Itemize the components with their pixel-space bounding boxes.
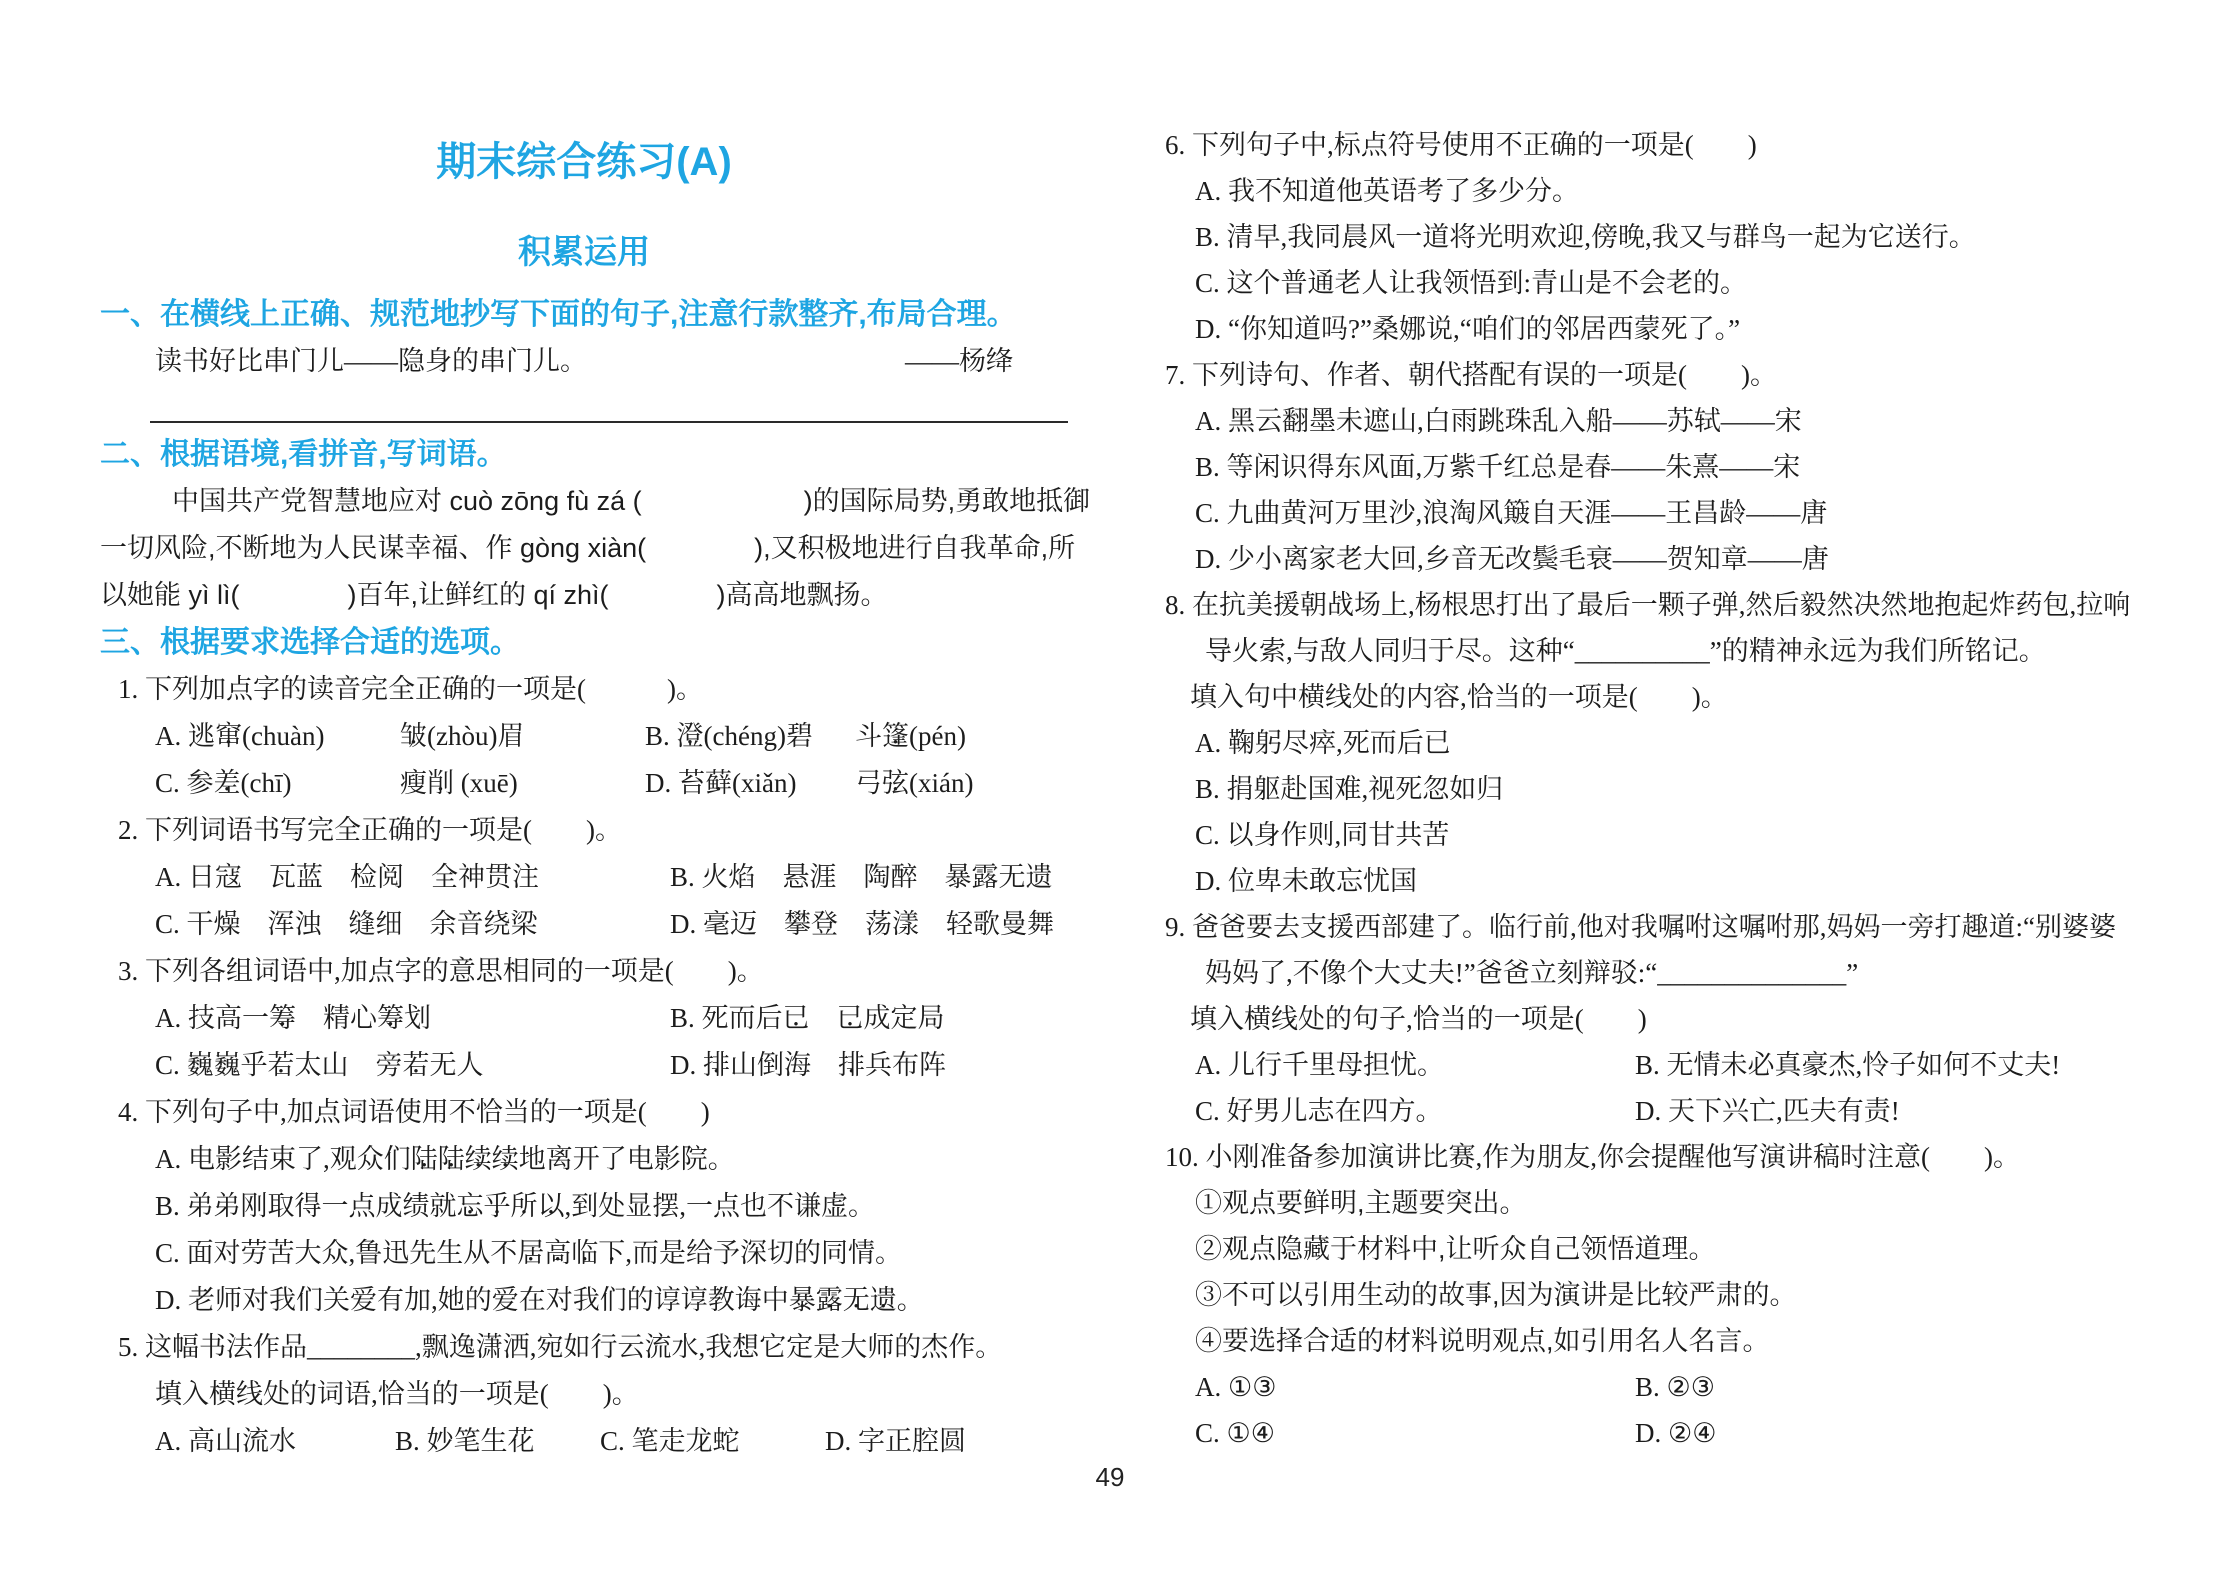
question-6-stem: 6. 下列句子中,标点符号使用不正确的一项是( ) [1160,122,2160,168]
option-b: B. 妙笔生花 [395,1418,600,1465]
option-d: D. 排山倒海 排兵布阵 [670,1042,946,1089]
option-c2: 瘦削 (xuē) [400,760,645,807]
question-7-option-a: A. 黑云翻墨未遮山,白雨跳珠乱入船——苏轼——宋 [1160,398,2160,444]
section-3-heading: 三、根据要求选择合适的选项。 [100,619,1068,666]
question-10-stem: 10. 小刚准备参加演讲比赛,作为朋友,你会提醒他写演讲稿时注意( )。 [1160,1134,2160,1180]
option-d: D. ②④ [1635,1410,1716,1456]
option-c: C. 巍巍乎若太山 旁若无人 [155,1042,670,1089]
option-b2: 斗篷(pén) [855,713,966,760]
question-8-option-b: B. 捐躯赴国难,视死忽如归 [1160,766,2160,812]
pinyin-paragraph-line-1: 中国共产党智慧地应对 cuò zōng fù zá ( )的国际局势,勇敢地抵御 [100,478,1068,525]
pinyin-paragraph-line-3: 以她能 yì lì( )百年,让鲜红的 qí zhì( )高高地飘扬。 [100,572,1068,619]
question-7-option-c: C. 九曲黄河万里沙,浪淘风簸自天涯——王昌龄——唐 [1160,490,2160,536]
question-8-prompt: 填入句中横线处的内容,恰当的一项是( )。 [1160,674,2160,720]
question-1-options-row-1: A. 逃窜(chuàn) 皱(zhòu)眉 B. 澄(chéng)碧 斗篷(pé… [100,713,1068,760]
page-title: 期末综合练习(A) [100,130,1068,194]
question-5-options-row: A. 高山流水 B. 妙笔生花 C. 笔走龙蛇 D. 字正腔圆 [100,1418,1068,1465]
question-10-options-row-1: A. ①③ B. ②③ [1160,1364,2160,1410]
question-10-options-row-2: C. ①④ D. ②④ [1160,1410,2160,1456]
question-8-option-d: D. 位卑未敢忘忧国 [1160,858,2160,904]
option-b: B. 火焰 悬涯 陶醉 暴露无遗 [670,854,1053,901]
question-5-stem: 5. 这幅书法作品________,飘逸潇洒,宛如行云流水,我想它定是大师的杰作… [100,1324,1068,1371]
quote-text: 读书好比串门儿——隐身的串门儿。 [155,338,905,385]
option-a: A. 儿行千里母担忧。 [1195,1042,1635,1088]
option-c: C. 参差(chī) [155,760,400,807]
option-c: C. ①④ [1195,1410,1635,1456]
question-1-options-row-2: C. 参差(chī) 瘦削 (xuē) D. 苔藓(xiǎn) 弓弦(xián) [100,760,1068,807]
question-6-option-b: B. 清早,我同晨风一道将光明欢迎,傍晚,我又与群鸟一起为它送行。 [1160,214,2160,260]
option-b: B. ②③ [1635,1364,1715,1410]
question-10-item-2: ②观点隐藏于材料中,让听众自己领悟道理。 [1160,1226,2160,1272]
option-a2: 皱(zhòu)眉 [400,713,645,760]
option-c: C. 笔走龙蛇 [600,1418,825,1465]
option-a: A. 日寇 瓦蓝 检阅 全神贯注 [155,854,670,901]
option-a: A. 高山流水 [155,1418,395,1465]
question-2-stem: 2. 下列词语书写完全正确的一项是( )。 [100,807,1068,854]
option-d: D. 天下兴亡,匹夫有责! [1635,1088,1900,1134]
question-4-stem: 4. 下列句子中,加点词语使用不恰当的一项是( ) [100,1089,1068,1136]
question-2-options-row-1: A. 日寇 瓦蓝 检阅 全神贯注 B. 火焰 悬涯 陶醉 暴露无遗 [100,854,1068,901]
question-6-option-d: D. “你知道吗?”桑娜说,“咱们的邻居西蒙死了。” [1160,306,2160,352]
question-10-item-1: ①观点要鲜明,主题要突出。 [1160,1180,2160,1226]
question-4-option-a: A. 电影结束了,观众们陆陆续续地离开了电影院。 [100,1136,1068,1183]
question-4-option-d: D. 老师对我们关爱有加,她的爱在对我们的谆谆教诲中暴露无遗。 [100,1277,1068,1324]
question-7-option-d: D. 少小离家老大回,乡音无改鬓毛衰——贺知章——唐 [1160,536,2160,582]
section-1-heading: 一、在横线上正确、规范地抄写下面的句子,注意行款整齐,布局合理。 [100,291,1068,338]
copy-sentence-line: 读书好比串门儿——隐身的串门儿。 ——杨绛 [100,338,1068,385]
question-6-option-c: C. 这个普通老人让我领悟到:青山是不会老的。 [1160,260,2160,306]
option-b: B. 无情未必真豪杰,怜子如何不丈夫! [1635,1042,2060,1088]
question-3-stem: 3. 下列各组词语中,加点字的意思相同的一项是( )。 [100,948,1068,995]
option-d: D. 苔藓(xiǎn) [645,760,855,807]
question-3-options-row-1: A. 技高一筹 精心筹划 B. 死而后已 已成定局 [100,995,1068,1042]
option-b: B. 死而后已 已成定局 [670,995,945,1042]
option-a: A. ①③ [1195,1364,1635,1410]
option-d2: 弓弦(xián) [855,760,973,807]
question-9-options-row-1: A. 儿行千里母担忧。 B. 无情未必真豪杰,怜子如何不丈夫! [1160,1042,2160,1088]
option-d: D. 字正腔圆 [825,1418,966,1465]
question-1-stem: 1. 下列加点字的读音完全正确的一项是( )。 [100,666,1068,713]
question-9-stem-line-1: 9. 爸爸要去支援西部建了。临行前,他对我嘱咐这嘱咐那,妈妈一旁打趣道:“别婆婆 [1160,904,2160,950]
question-10-item-4: ④要选择合适的材料说明观点,如引用名人名言。 [1160,1318,2160,1364]
question-7-option-b: B. 等闲识得东风面,万紫千红总是春——朱熹——宋 [1160,444,2160,490]
question-9-stem-line-2: 妈妈了,不像个大丈夫!”爸爸立刻辩驳:“______________” [1160,950,2160,996]
question-3-options-row-2: C. 巍巍乎若太山 旁若无人 D. 排山倒海 排兵布阵 [100,1042,1068,1089]
question-4-option-c: C. 面对劳苦大众,鲁迅先生从不居高临下,而是给予深切的同情。 [100,1230,1068,1277]
question-2-options-row-2: C. 干燥 浑浊 缝细 余音绕梁 D. 毫迈 攀登 荡漾 轻歌曼舞 [100,901,1068,948]
pinyin-paragraph-line-2: 一切风险,不断地为人民谋幸福、作 gòng xiàn( ),又积极地进行自我革命… [100,525,1068,572]
question-8-stem-line-1: 8. 在抗美援朝战场上,杨根思打出了最后一颗子弹,然后毅然决然地抱起炸药包,拉响 [1160,582,2160,628]
question-6-option-a: A. 我不知道他英语考了多少分。 [1160,168,2160,214]
option-c: C. 好男儿志在四方。 [1195,1088,1635,1134]
question-4-option-b: B. 弟弟刚取得一点成绩就忘乎所以,到处显摆,一点也不谦虚。 [100,1183,1068,1230]
quote-attribution: ——杨绛 [905,338,1068,385]
option-b: B. 澄(chéng)碧 [645,713,855,760]
option-a: A. 逃窜(chuàn) [155,713,400,760]
option-c: C. 干燥 浑浊 缝细 余音绕梁 [155,901,670,948]
question-8-stem-line-2: 导火索,与敌人同归于尽。这种“__________”的精神永远为我们所铭记。 [1160,628,2160,674]
question-8-option-a: A. 鞠躬尽瘁,死而后已 [1160,720,2160,766]
question-9-prompt: 填入横线处的句子,恰当的一项是( ) [1160,996,2160,1042]
section-banner: 积累运用 [100,226,1068,273]
left-column: 期末综合练习(A) 积累运用 一、在横线上正确、规范地抄写下面的句子,注意行款整… [100,130,1068,1465]
question-5-prompt: 填入横线处的词语,恰当的一项是( )。 [100,1371,1068,1418]
section-2-heading: 二、根据语境,看拼音,写词语。 [100,431,1068,478]
option-a: A. 技高一筹 精心筹划 [155,995,670,1042]
option-d: D. 毫迈 攀登 荡漾 轻歌曼舞 [670,901,1054,948]
question-8-option-c: C. 以身作则,同甘共苦 [1160,812,2160,858]
question-7-stem: 7. 下列诗句、作者、朝代搭配有误的一项是( )。 [1160,352,2160,398]
right-column: 6. 下列句子中,标点符号使用不正确的一项是( ) A. 我不知道他英语考了多少… [1160,122,2160,1456]
question-9-options-row-2: C. 好男儿志在四方。 D. 天下兴亡,匹夫有责! [1160,1088,2160,1134]
answer-writing-line [150,421,1068,423]
page-number: 49 [1080,1462,1140,1493]
question-10-item-3: ③不可以引用生动的故事,因为演讲是比较严肃的。 [1160,1272,2160,1318]
